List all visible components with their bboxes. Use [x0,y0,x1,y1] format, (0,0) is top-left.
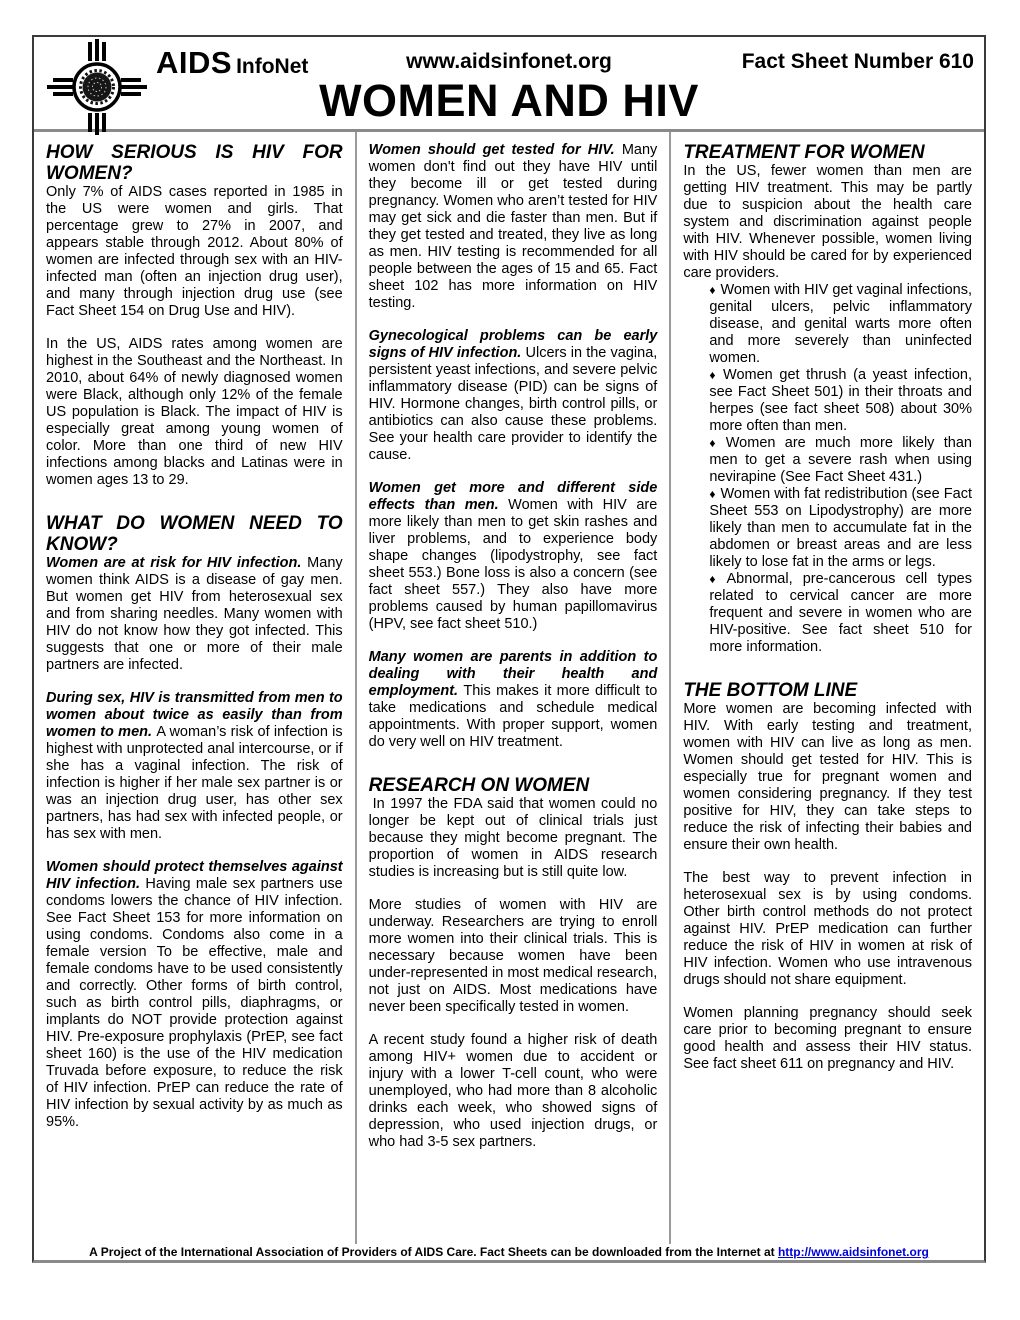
section-heading-research: RESEARCH ON WOMEN [369,775,658,796]
paragraph: In the US, AIDS rates among women are hi… [46,336,343,489]
section-heading-what-know: WHAT DO WOMEN NEED TO KNOW? [46,513,343,555]
bullet-diamond-icon: ♦ [709,368,718,382]
paragraph: A recent study found a higher risk of de… [369,1032,658,1151]
footer-text: A Project of the International Associati… [89,1245,778,1259]
fact-sheet-number: Fact Sheet Number 610 [742,50,974,74]
page-title: WOMEN AND HIV [34,77,984,125]
paragraph: Women planning pregnancy should seek car… [683,1005,972,1073]
column-1: HOW SERIOUS IS HIV FOR WOMEN? Only 7% of… [34,132,355,1244]
section-heading-bottom-line: THE BOTTOM LINE [683,680,972,701]
paragraph: The best way to prevent infection in het… [683,870,972,989]
paragraph: In the US, fewer women than men are gett… [683,163,972,282]
three-column-body: HOW SERIOUS IS HIV FOR WOMEN? Only 7% of… [34,132,984,1244]
section-heading-treatment: TREATMENT FOR WOMEN [683,142,972,163]
paragraph: Women get more and different side effect… [369,480,658,633]
bullet-diamond-icon: ♦ [709,572,721,586]
bullet-diamond-icon: ♦ [709,487,715,501]
paragraph: Women should protect themselves against … [46,859,343,1131]
paragraph: Many women are parents in addition to de… [369,649,658,751]
bullet-item: ♦Abnormal, pre-cancerous cell types rela… [709,571,972,656]
bullet-item: ♦Women with fat redistribution (see Fact… [709,486,972,571]
section-heading-how-serious: HOW SERIOUS IS HIV FOR WOMEN? [46,142,343,184]
footer-link[interactable]: http://www.aidsinfonet.org [778,1245,929,1259]
bullet-item: ♦Women get thrush (a yeast infection, se… [709,367,972,435]
fact-sheet-page: AIDSInfoNet www.aidsinfonet.org Fact She… [32,35,986,1263]
bullet-item: ♦Women are much more likely than men to … [709,435,972,486]
bullet-diamond-icon: ♦ [709,436,720,450]
page-footer: A Project of the International Associati… [34,1244,984,1260]
column-3: TREATMENT FOR WOMEN In the US, fewer wom… [671,132,984,1244]
bullet-diamond-icon: ♦ [709,283,715,297]
page-header: AIDSInfoNet www.aidsinfonet.org Fact She… [34,37,984,132]
paragraph: More studies of women with HIV are under… [369,897,658,1016]
paragraph: Women should get tested for HIV. Many wo… [369,142,658,312]
paragraph: In 1997 the FDA said that women could no… [369,796,658,881]
paragraph: During sex, HIV is transmitted from men … [46,690,343,843]
paragraph: Gynecological problems can be early sign… [369,328,658,464]
column-2: Women should get tested for HIV. Many wo… [355,132,672,1244]
paragraph: Women are at risk for HIV infection. Man… [46,555,343,674]
paragraph-lead: Women should get tested for HIV. [369,142,622,158]
paragraph: More women are becoming infected with HI… [683,701,972,854]
paragraph-lead: Women are at risk for HIV infection. [46,555,307,571]
paragraph: Only 7% of AIDS cases reported in 1985 i… [46,184,343,320]
bullet-item: ♦Women with HIV get vaginal infections, … [709,282,972,367]
